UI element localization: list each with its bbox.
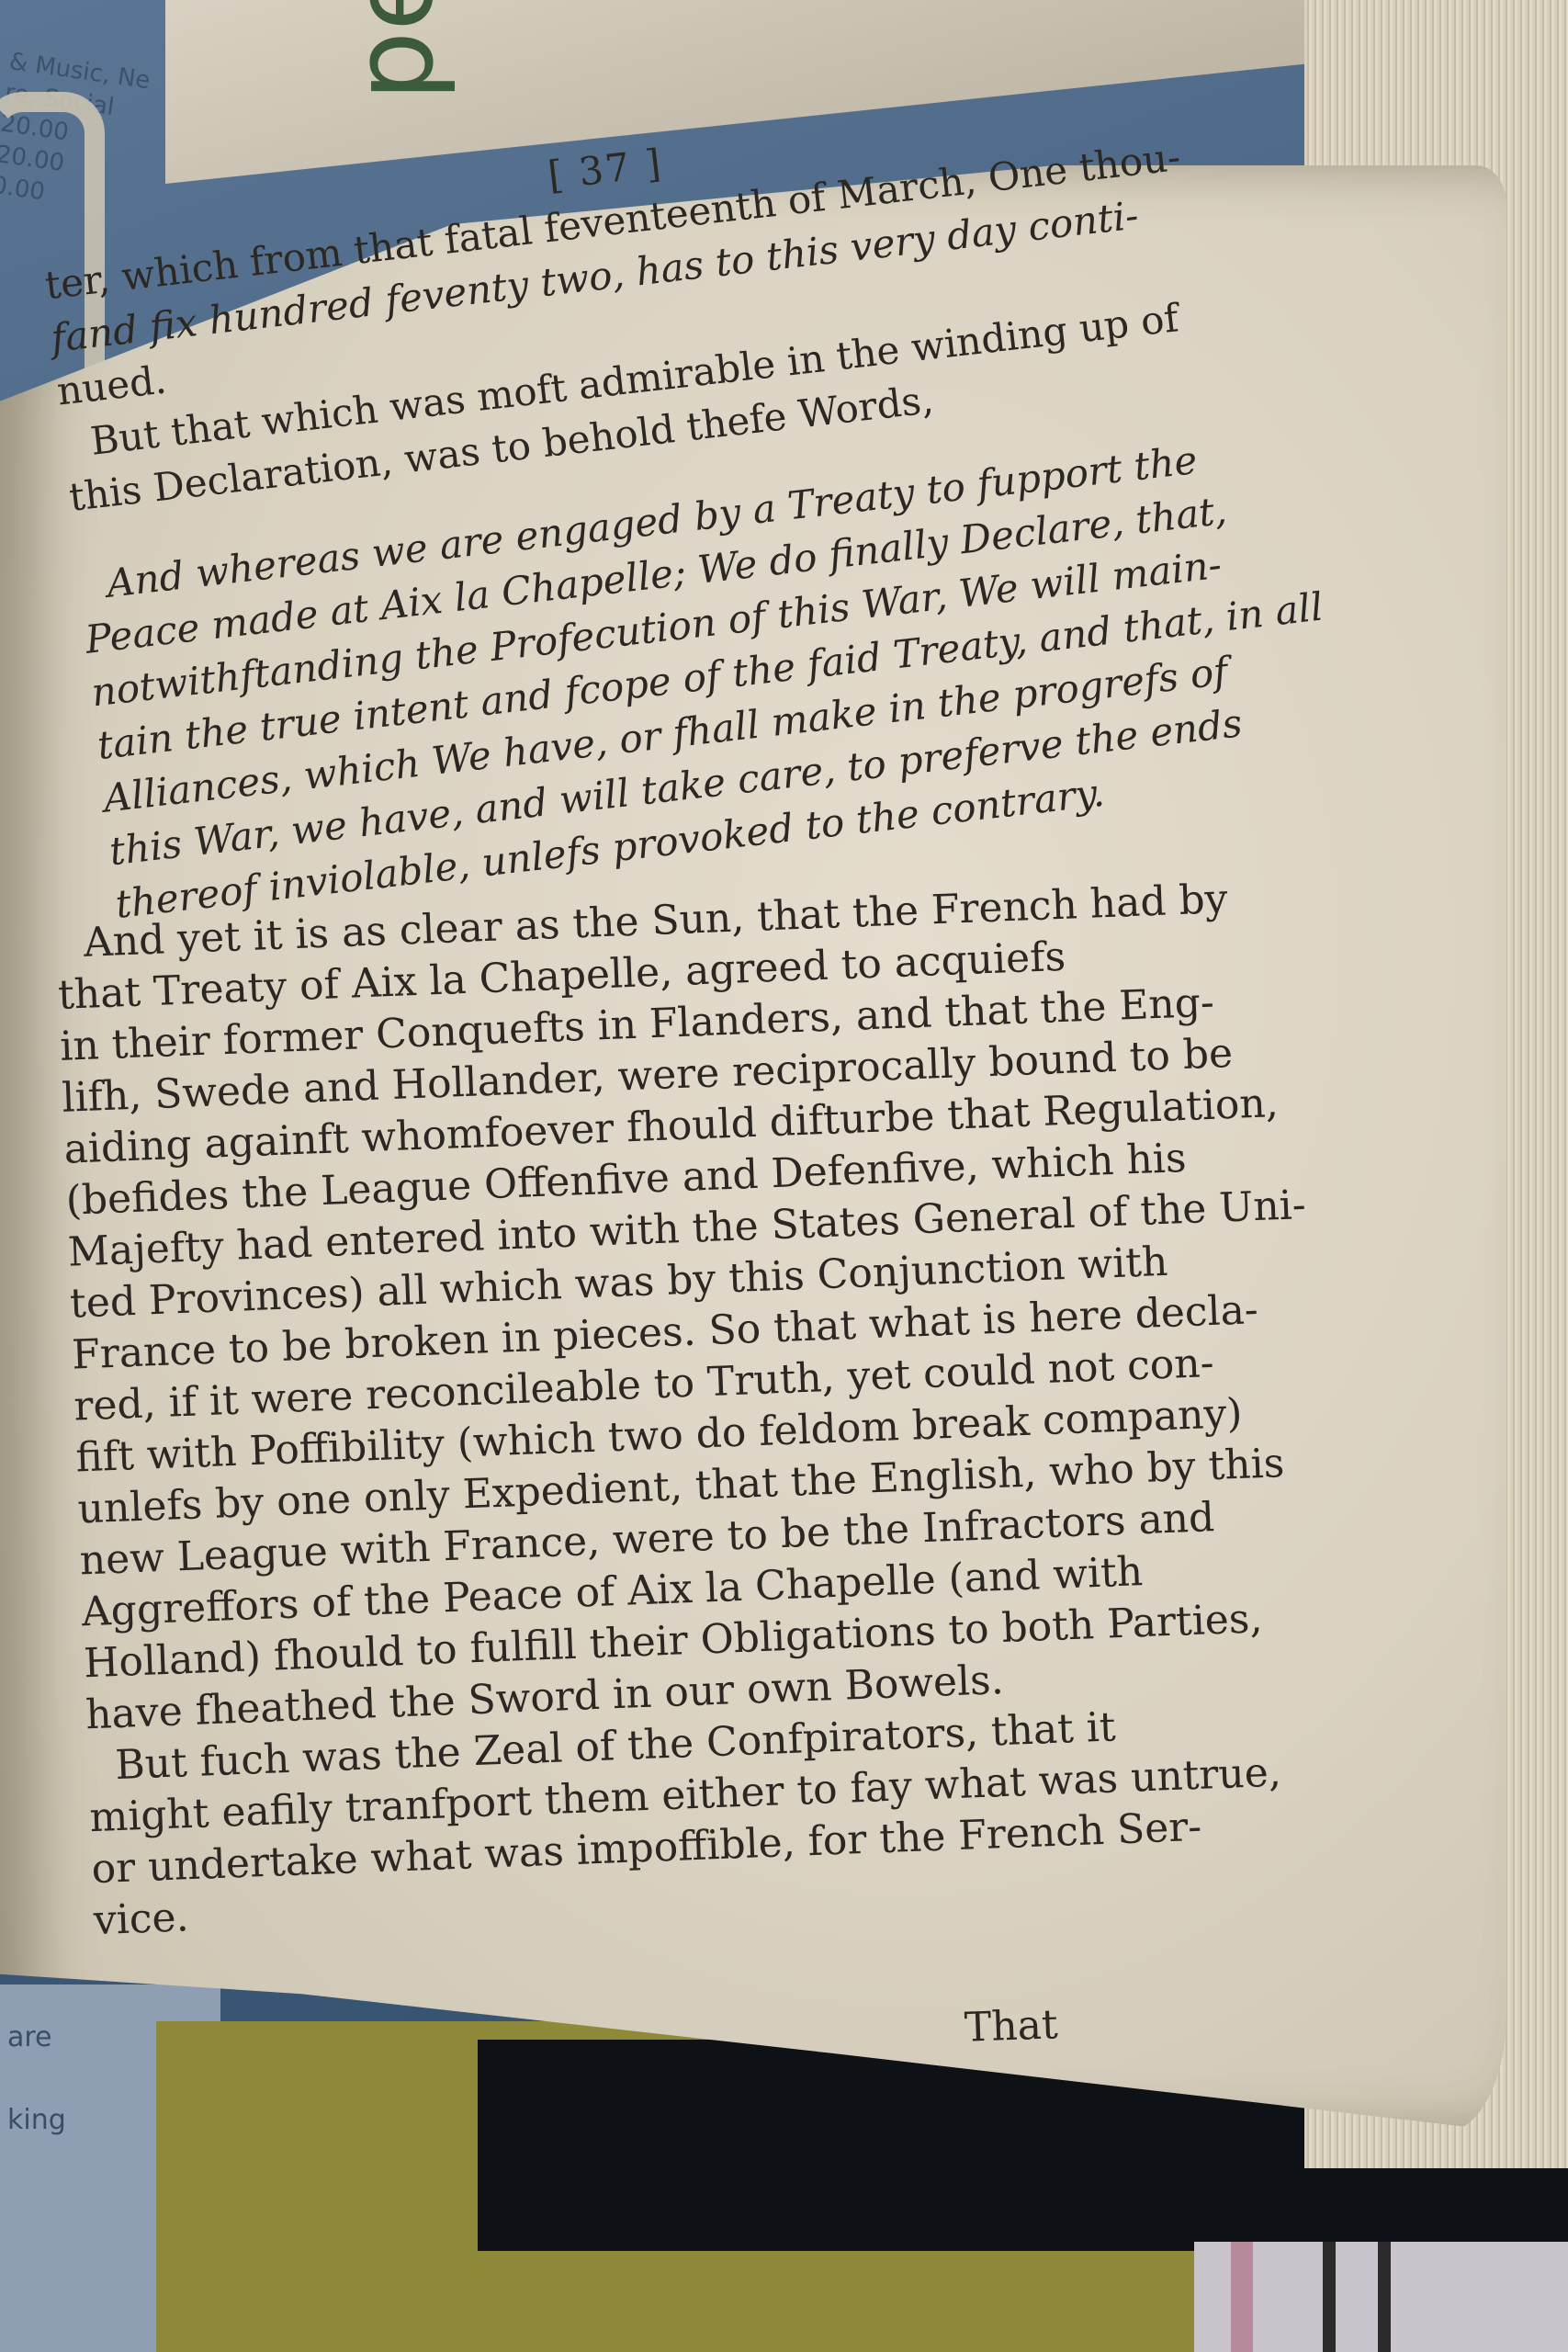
page-text-lower: And yet it is as clear as the Sun, that … bbox=[55, 879, 1113, 1947]
background-object bbox=[1194, 2242, 1568, 2352]
leaflet-lower-line: are bbox=[7, 2021, 52, 2053]
bag-logo-text: pe bbox=[331, 0, 458, 101]
leaflet-lower-line: king bbox=[7, 2104, 66, 2136]
catchword: That bbox=[964, 2001, 1058, 2052]
page-text-upper: [ 37 ] ter, which from that fatal fevent… bbox=[37, 95, 1141, 932]
